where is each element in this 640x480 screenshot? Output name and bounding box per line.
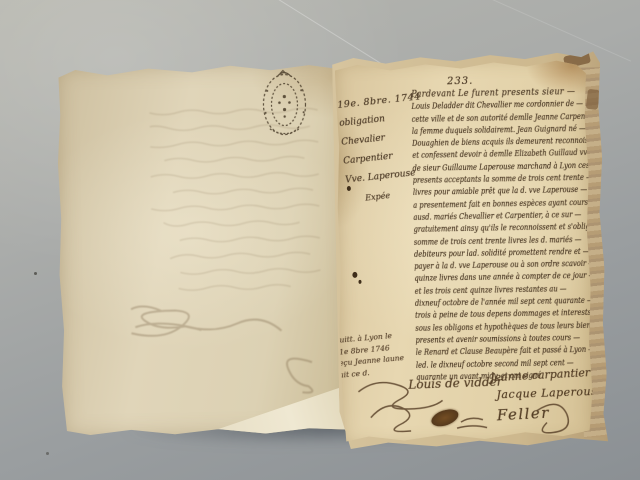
- generalite-ink-stamp-icon: [259, 68, 310, 141]
- right-page: 233. 19e. 8bre. 1744obligationChevalierC…: [335, 58, 594, 446]
- ink-spot: [358, 280, 361, 284]
- manuscript-photo: 233. 19e. 8bre. 1744obligationChevalierC…: [0, 0, 640, 480]
- dust-speck: [34, 272, 37, 275]
- torn-edge: [586, 89, 600, 110]
- ink-spot: [347, 186, 351, 191]
- scratch-line: [439, 0, 631, 62]
- left-page: [55, 61, 353, 438]
- scratch-line: [261, 0, 389, 69]
- dust-speck: [46, 452, 49, 455]
- signature-paraph-icon: [335, 58, 594, 446]
- ink-spot: [352, 272, 357, 278]
